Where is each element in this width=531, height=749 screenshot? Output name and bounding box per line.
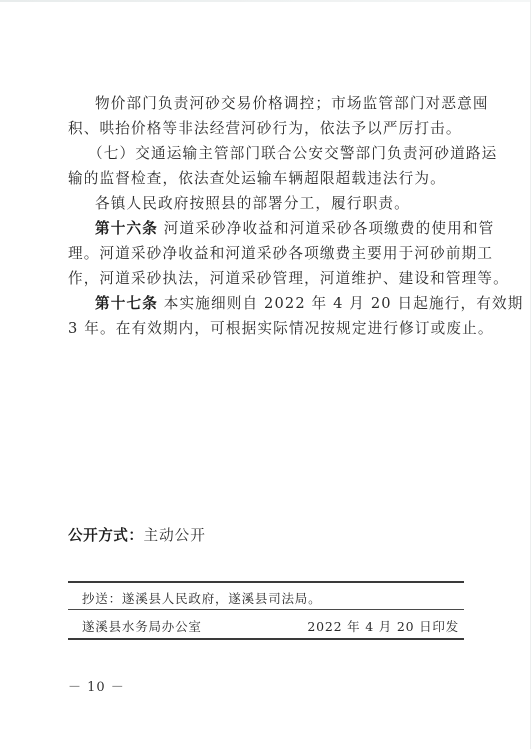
document-body: 物价部门负责河砂交易价格调控；市场监管部门对恶意囤 积、哄抬价格等非法经营河砂行… <box>68 91 464 341</box>
body-line: 输的监督检查，依法查处运输车辆超限超载违法行为。 <box>68 166 464 191</box>
article-number: 第十七条 <box>95 295 158 312</box>
disclosure-label: 公开方式： <box>68 527 143 544</box>
issue-date: 2022 年 4 月 20 日印发 <box>307 619 459 635</box>
disclosure-method: 公开方式：主动公开 <box>68 526 206 546</box>
footer-bottom-rule <box>68 638 464 640</box>
body-line: 物价部门负责河砂交易价格调控；市场监管部门对恶意囤 <box>68 91 464 116</box>
page-number: － 10 － <box>68 680 125 696</box>
disclosure-value: 主动公开 <box>143 527 205 544</box>
body-line: （七）交通运输主管部门联合公安交警部门负责河砂道路运 <box>68 141 464 166</box>
body-line: 各镇人民政府按照县的部署分工，履行职责。 <box>68 191 464 216</box>
issuing-office: 遂溪县水务局办公室 <box>82 619 202 635</box>
page-top-edge <box>0 0 531 2</box>
article-17-heading-line: 第十七条 本实施细则自 2022 年 4 月 20 日起施行，有效期 <box>68 291 464 316</box>
article-16-heading-line: 第十六条 河道采砂净收益和河道采砂各项缴费的使用和管 <box>68 216 464 241</box>
body-line: 理。河道采砂净收益和河道采砂各项缴费主要用于河砂前期工 <box>68 241 464 266</box>
cc-recipients: 抄送：遂溪县人民政府，遂溪县司法局。 <box>82 591 321 607</box>
article-number: 第十六条 <box>95 220 158 237</box>
body-line: 作，河道采砂执法，河道采砂管理，河道维护、建设和管理等。 <box>68 266 464 291</box>
footer-middle-rule <box>68 609 464 610</box>
body-line: 积、哄抬价格等非法经营河砂行为，依法予以严厉打击。 <box>68 116 464 141</box>
body-line: 3 年。在有效期内，可根据实际情况按规定进行修订或废止。 <box>68 316 464 341</box>
footer-top-rule <box>68 581 464 583</box>
